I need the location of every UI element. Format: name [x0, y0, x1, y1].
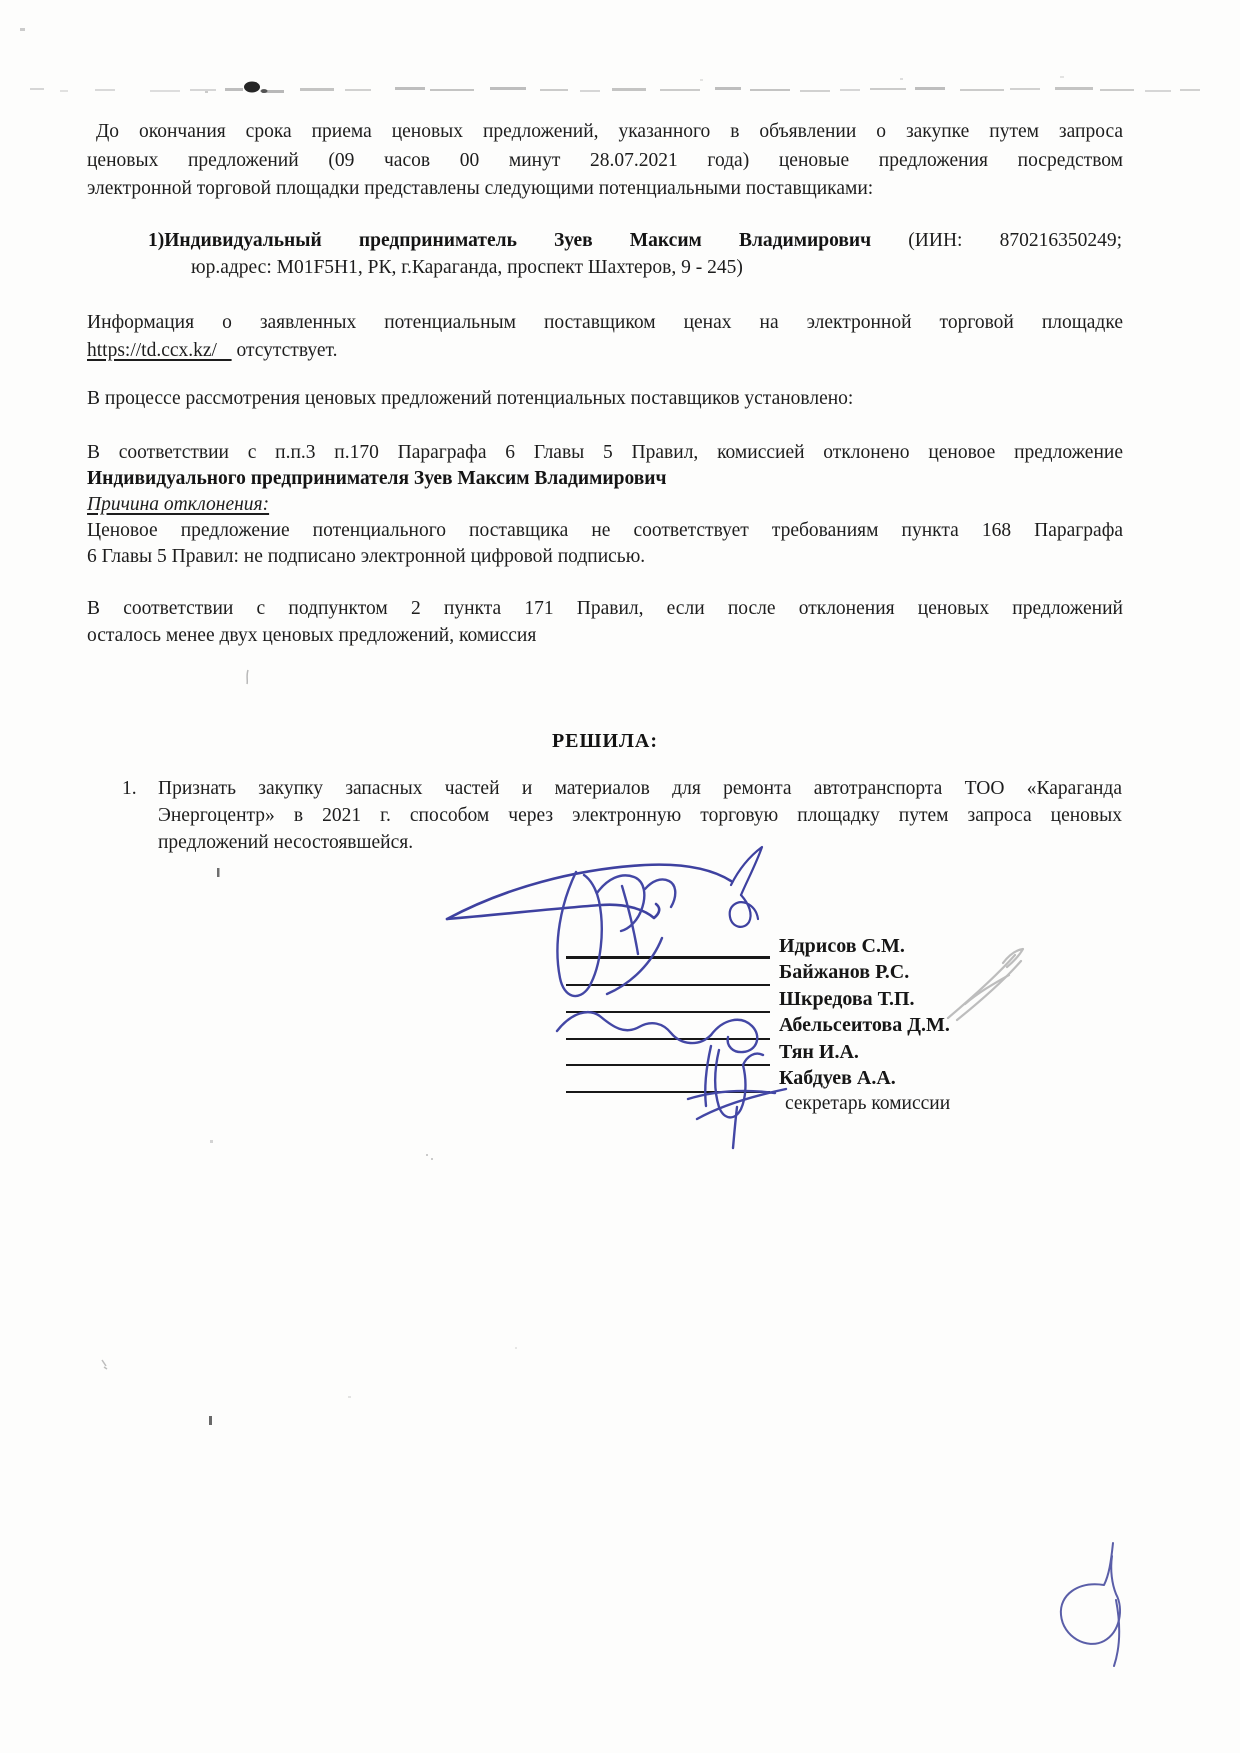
intro-line: электронной торговой площадки представле… [87, 175, 1123, 204]
scanned-document-page: До окончания срока приема ценовых предло… [0, 0, 1240, 1753]
secretary-label: секретарь комиссии [779, 1091, 950, 1117]
rule171-line2: осталось менее двух ценовых предложений,… [87, 622, 1123, 649]
info-line1: Информация о заявленных потенциальным по… [87, 309, 1123, 337]
signatory-name: Идрисов С.М. [779, 933, 950, 959]
signatory-name: Байжанов Р.С. [779, 959, 950, 985]
decision-heading: РЕШИЛА: [87, 729, 1123, 755]
pencil-signature [940, 944, 1032, 1026]
signatory-name: Тян И.А. [779, 1039, 950, 1065]
rejection-reason-row: Причина отклонения: [87, 492, 1123, 518]
intro-line: До окончания срока приема ценовых предло… [87, 118, 1123, 147]
rejection-line1: В соответствии с п.п.3 п.170 Параграфа 6… [87, 440, 1123, 466]
supplier-name-bold: 1)Индивидуальный предприниматель Зуев Ма… [148, 230, 871, 251]
rule171-paragraph: В соответствии с подпунктом 2 пункта 171… [87, 595, 1123, 649]
decision-line: предложений несостоявшейся. [158, 829, 1122, 856]
scan-noise-band [15, 70, 1225, 100]
intro-line: ценовых предложений (09 часов 00 минут 2… [87, 147, 1123, 176]
rejection-line2: Ценовое предложение потенциального поста… [87, 518, 1123, 544]
rule171-line1: В соответствии с подпунктом 2 пункта 171… [87, 595, 1123, 622]
signatory-name: Шкредова Т.П. [779, 986, 950, 1012]
supplier-item: 1)Индивидуальный предприниматель Зуев Ма… [148, 227, 1122, 281]
signatory-name: Кабдуев А.А. [779, 1065, 950, 1091]
supplier-iin: (ИИН: 870216350249; [871, 230, 1122, 251]
signature-line [566, 984, 770, 986]
signatory-name: Абельсеитова Д.М. [779, 1012, 950, 1038]
process-line: В процессе рассмотрения ценовых предложе… [87, 385, 1123, 412]
signature-line [566, 1011, 770, 1013]
supplier-address: юр.адрес: M01F5H1, РК, г.Караганда, прос… [148, 254, 1122, 281]
signature-scribbles [545, 855, 810, 1155]
info-line2: https://td.ccx.kz/ отсутствует. [87, 337, 1123, 365]
decision-item: 1. Признать закупку запасных частей и ма… [122, 775, 1122, 856]
signature-line [566, 1091, 770, 1093]
signature-line [566, 956, 770, 959]
rejection-reason-label: Причина отклонения: [87, 494, 269, 515]
absent-text: отсутствует. [232, 340, 338, 361]
intro-paragraph: До окончания срока приема ценовых предло… [87, 118, 1123, 204]
decision-line: Признать закупку запасных частей и матер… [158, 775, 1122, 802]
rejection-line3: 6 Главы 5 Правил: не подписано электронн… [87, 544, 1123, 570]
decision-item-text: Признать закупку запасных частей и матер… [158, 775, 1122, 856]
rejection-subject: Индивидуального предпринимателя Зуев Мак… [87, 466, 1123, 492]
decision-line: Энергоцентр» в 2021 г. способом через эл… [158, 802, 1122, 829]
decision-item-number: 1. [122, 775, 137, 802]
decision-heading-text: РЕШИЛА: [552, 730, 658, 752]
signature-line [566, 1064, 770, 1066]
supplier-item-line1: 1)Индивидуальный предприниматель Зуев Ма… [148, 227, 1122, 254]
signatory-names: Идрисов С.М. Байжанов Р.С. Шкредова Т.П.… [779, 933, 950, 1118]
ink-mark-bottom [1040, 1532, 1140, 1672]
signature-line [566, 1038, 770, 1040]
process-paragraph: В процессе рассмотрения ценовых предложе… [87, 385, 1123, 412]
marketplace-url-link: https://td.ccx.kz/ [87, 340, 232, 361]
rejection-paragraph: В соответствии с п.п.3 п.170 Параграфа 6… [87, 440, 1123, 570]
info-paragraph: Информация о заявленных потенциальным по… [87, 309, 1123, 365]
